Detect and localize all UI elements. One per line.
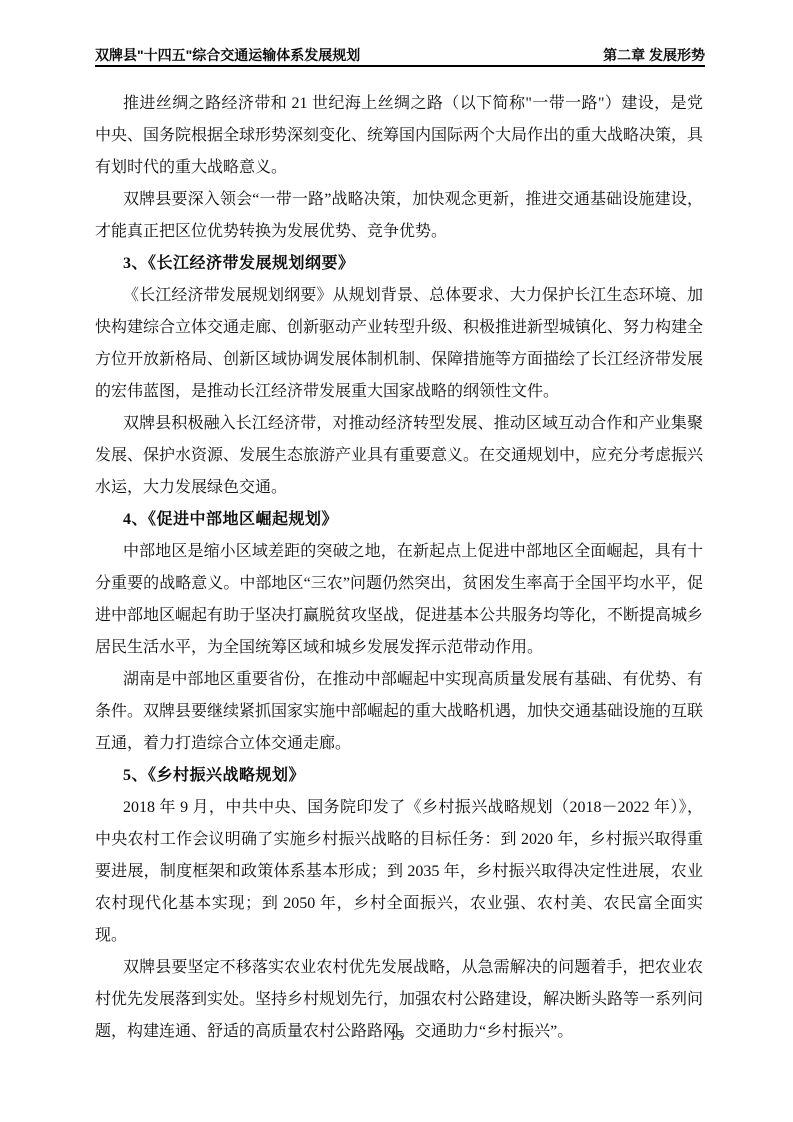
header-rule — [95, 65, 705, 67]
page-number: 15 — [390, 1029, 404, 1044]
paragraph: 推进丝绸之路经济带和 21 世纪海上丝绸之路（以下简称"一带一路"）建设，是党中… — [95, 88, 703, 184]
section-heading: 4、《促进中部地区崛起规划》 — [95, 504, 703, 536]
paragraph: 《长江经济带发展规划纲要》从规划背景、总体要求、大力保护长江生态环境、加快构建综… — [95, 280, 703, 408]
header-document-title: 双牌县"十四五"综合交通运输体系发展规划 — [95, 45, 360, 65]
page-footer: 15 — [0, 1029, 793, 1045]
document-body: 推进丝绸之路经济带和 21 世纪海上丝绸之路（以下简称"一带一路"）建设，是党中… — [95, 88, 703, 1048]
section-heading: 5、《乡村振兴战略规划》 — [95, 760, 703, 792]
page-header: 双牌县"十四五"综合交通运输体系发展规划 第二章 发展形势 — [95, 45, 705, 65]
paragraph: 2018 年 9 月，中共中央、国务院印发了《乡村振兴战略规划（2018－202… — [95, 792, 703, 952]
paragraph: 湖南是中部地区重要省份，在推动中部崛起中实现高质量发展有基础、有优势、有条件。双… — [95, 664, 703, 760]
paragraph: 中部地区是缩小区域差距的突破之地，在新起点上促进中部地区全面崛起，具有十分重要的… — [95, 536, 703, 664]
section-heading: 3、《长江经济带发展规划纲要》 — [95, 248, 703, 280]
paragraph: 双牌县积极融入长江经济带，对推动经济转型发展、推动区域互动合作和产业集聚发展、保… — [95, 408, 703, 504]
header-chapter-label: 第二章 发展形势 — [603, 45, 705, 65]
document-page: 双牌县"十四五"综合交通运输体系发展规划 第二章 发展形势 推进丝绸之路经济带和… — [0, 0, 793, 1122]
paragraph: 双牌县要深入领会“一带一路”战略决策，加快观念更新，推进交通基础设施建设，才能真… — [95, 184, 703, 248]
